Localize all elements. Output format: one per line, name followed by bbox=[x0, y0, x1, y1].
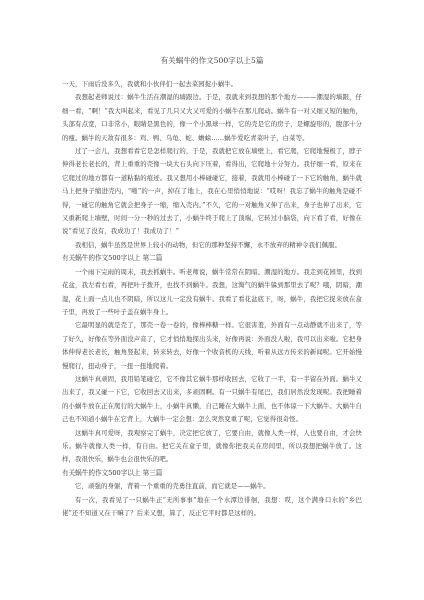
paragraph: 我相信，蜗牛虽然是世界上较小的动物，但它的那种坚持不懈，永不放弃的精神令我们佩服… bbox=[62, 239, 362, 252]
section-heading: 有关蜗牛的作文500字以上 第三篇 bbox=[62, 467, 362, 480]
document-page: 有关蜗牛的作文500字以上5篇 一天，下雨后没多久，我就和小伙伴们一起去菜园捉小… bbox=[62, 0, 362, 520]
paragraph: 它，顽强的身躯，背着一个重重的壳勇往直前，而它就是——蜗牛。 bbox=[62, 480, 362, 493]
paragraph: 一天，下雨后没多久，我就和小伙伴们一起去菜园捉小蜗牛。 bbox=[62, 78, 362, 91]
paragraph: 我想起老师说过：蜗牛生活在潮湿的墙跟边。于是，我就来到我想的那个地方———潮湿的… bbox=[62, 91, 362, 145]
paragraph: 有一次，我看见了一只蜗牛正“无所事事”地在一个水潭边徘徊，我想：哎，这个满身口水… bbox=[62, 494, 362, 521]
document-title: 有关蜗牛的作文500字以上5篇 bbox=[62, 55, 362, 66]
paragraph: 它最明显的就是壳了，那壳一卷一卷的，像棒棒糖一样。它很害羞，外面有一点动静就不出… bbox=[62, 319, 362, 373]
paragraph: 过了一会儿，我想看看它是怎样爬行的，于是，我就把它放在墙壁上，看它爬，它爬地慢极… bbox=[62, 145, 362, 239]
paragraph: 这蜗牛真可爱呀，我观察完了蜗牛，决定把它放了，它要自由，就像人类一样，人也要自由… bbox=[62, 427, 362, 467]
section-heading: 有关蜗牛的作文500字以上 第二篇 bbox=[62, 252, 362, 265]
document-body: 一天，下雨后没多久，我就和小伙伴们一起去菜园捉小蜗牛。我想起老师说过：蜗牛生活在… bbox=[62, 78, 362, 520]
paragraph: 一个雨下完雨的周末，我去抓蜗牛。听老师说，蜗牛常常在阴暗、潮湿的地方。我走到花园… bbox=[62, 266, 362, 320]
paragraph: 这蜗牛真顽固，我用铅笔碰它，它不像其它蜗牛那样收回去，它收了一半，有一半留在外面… bbox=[62, 373, 362, 427]
